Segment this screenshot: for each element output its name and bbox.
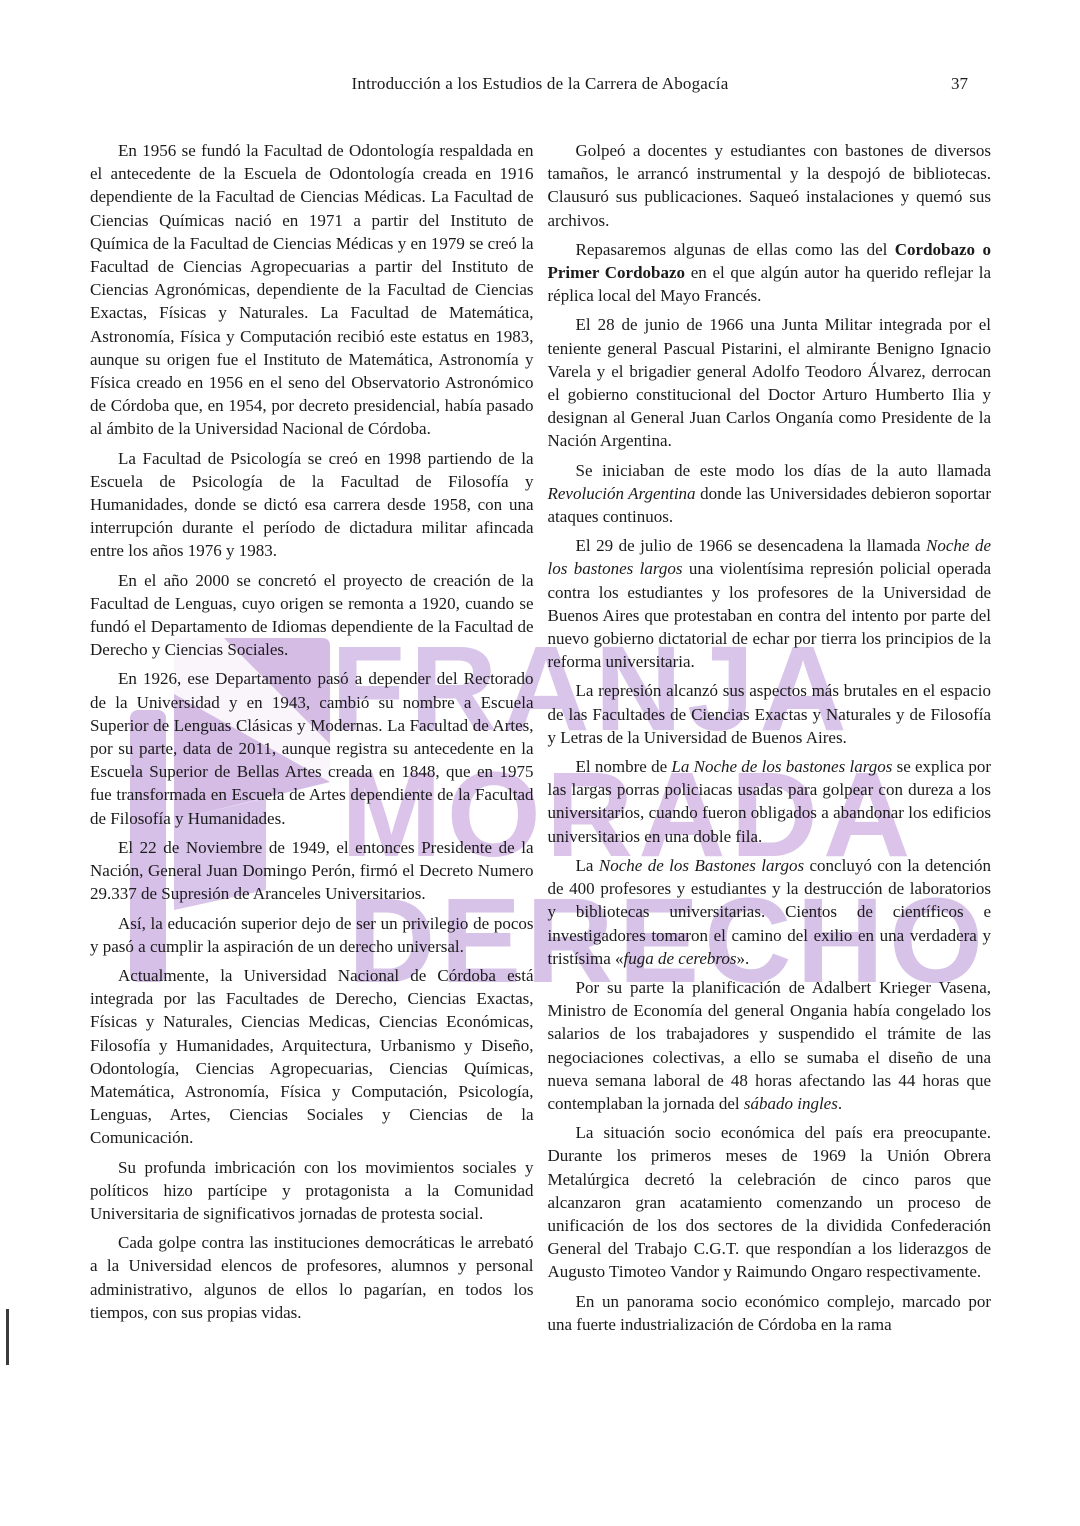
text-run: La Facultad de Psicología se creó en 199… <box>90 449 534 561</box>
text-run: El 22 de Noviembre de 1949, el entonces … <box>90 838 534 903</box>
paragraph: El 22 de Noviembre de 1949, el entonces … <box>90 836 534 906</box>
paragraph: El nombre de La Noche de los bastones la… <box>548 755 992 848</box>
text-run: sábado ingles <box>744 1094 838 1113</box>
text-run: . <box>838 1094 842 1113</box>
text-run: Cada golpe contra las instituciones demo… <box>90 1233 534 1322</box>
text-run: Así, la educación superior dejo de ser u… <box>90 914 534 956</box>
text-run: Su profunda imbricación con los movimien… <box>90 1158 534 1223</box>
paragraph: Actualmente, la Universidad Nacional de … <box>90 964 534 1150</box>
text-run: Se iniciaban de este modo los días de la… <box>576 461 992 480</box>
right-column: Golpeó a docentes y estudiantes con bast… <box>548 139 992 1342</box>
paragraph: Golpeó a docentes y estudiantes con bast… <box>548 139 992 232</box>
text-run: Noche de los Bastones largos <box>599 856 804 875</box>
paragraph: El 29 de julio de 1966 se desencadena la… <box>548 534 992 673</box>
text-columns: En 1956 se fundó la Facultad de Odontolo… <box>90 139 991 1342</box>
text-run: El 29 de julio de 1966 se desencadena la… <box>576 536 927 555</box>
left-column: En 1956 se fundó la Facultad de Odontolo… <box>90 139 534 1342</box>
text-run: Repasaremos algunas de ellas como las de… <box>576 240 895 259</box>
text-run: El nombre de <box>576 757 672 776</box>
text-run: El 28 de junio de 1966 una Junta Militar… <box>548 315 992 450</box>
text-run: En 1956 se fundó la Facultad de Odontolo… <box>90 141 534 438</box>
paragraph: La Noche de los Bastones largos concluyó… <box>548 854 992 970</box>
paragraph: En un panorama socio económico complejo,… <box>548 1290 992 1336</box>
text-run: En el año 2000 se concretó el proyecto d… <box>90 571 534 660</box>
paragraph: La represión alcanzó sus aspectos más br… <box>548 679 992 749</box>
paragraph: Se iniciaban de este modo los días de la… <box>548 459 992 529</box>
text-run: fuga de cerebros <box>624 949 737 968</box>
text-run: ». <box>737 949 750 968</box>
paragraph: En 1926, ese Departamento pasó a depende… <box>90 667 534 829</box>
paragraph: Por su parte la planificación de Adalber… <box>548 976 992 1115</box>
text-run: La represión alcanzó sus aspectos más br… <box>548 681 992 746</box>
text-run: Por su parte la planificación de Adalber… <box>548 978 992 1113</box>
text-run: La situación socio económica del país er… <box>548 1123 992 1281</box>
paragraph: El 28 de junio de 1966 una Junta Militar… <box>548 313 992 452</box>
paragraph: En el año 2000 se concretó el proyecto d… <box>90 569 534 662</box>
paragraph: Repasaremos algunas de ellas como las de… <box>548 238 992 308</box>
text-run: En un panorama socio económico complejo,… <box>548 1292 992 1334</box>
text-run: Actualmente, la Universidad Nacional de … <box>90 966 534 1147</box>
paragraph: La situación socio económica del país er… <box>548 1121 992 1283</box>
paragraph: En 1956 se fundó la Facultad de Odontolo… <box>90 139 534 441</box>
page-header: Introducción a los Estudios de la Carrer… <box>90 74 990 94</box>
running-title: Introducción a los Estudios de la Carrer… <box>90 74 990 94</box>
paragraph: Su profunda imbricación con los movimien… <box>90 1156 534 1226</box>
document-page: FRANJA MORADA DERECHO Introducción a los… <box>0 0 1080 1526</box>
text-run: Golpeó a docentes y estudiantes con bast… <box>548 141 992 230</box>
paragraph: Así, la educación superior dejo de ser u… <box>90 912 534 958</box>
text-run: La Noche de los bastones largos <box>671 757 892 776</box>
scan-edge-artifact <box>6 1309 9 1365</box>
text-run: Revolución Argentina <box>548 484 696 503</box>
paragraph: La Facultad de Psicología se creó en 199… <box>90 447 534 563</box>
page-number: 37 <box>951 74 968 94</box>
text-run: En 1926, ese Departamento pasó a depende… <box>90 669 534 827</box>
paragraph: Cada golpe contra las instituciones demo… <box>90 1231 534 1324</box>
text-run: La <box>576 856 599 875</box>
